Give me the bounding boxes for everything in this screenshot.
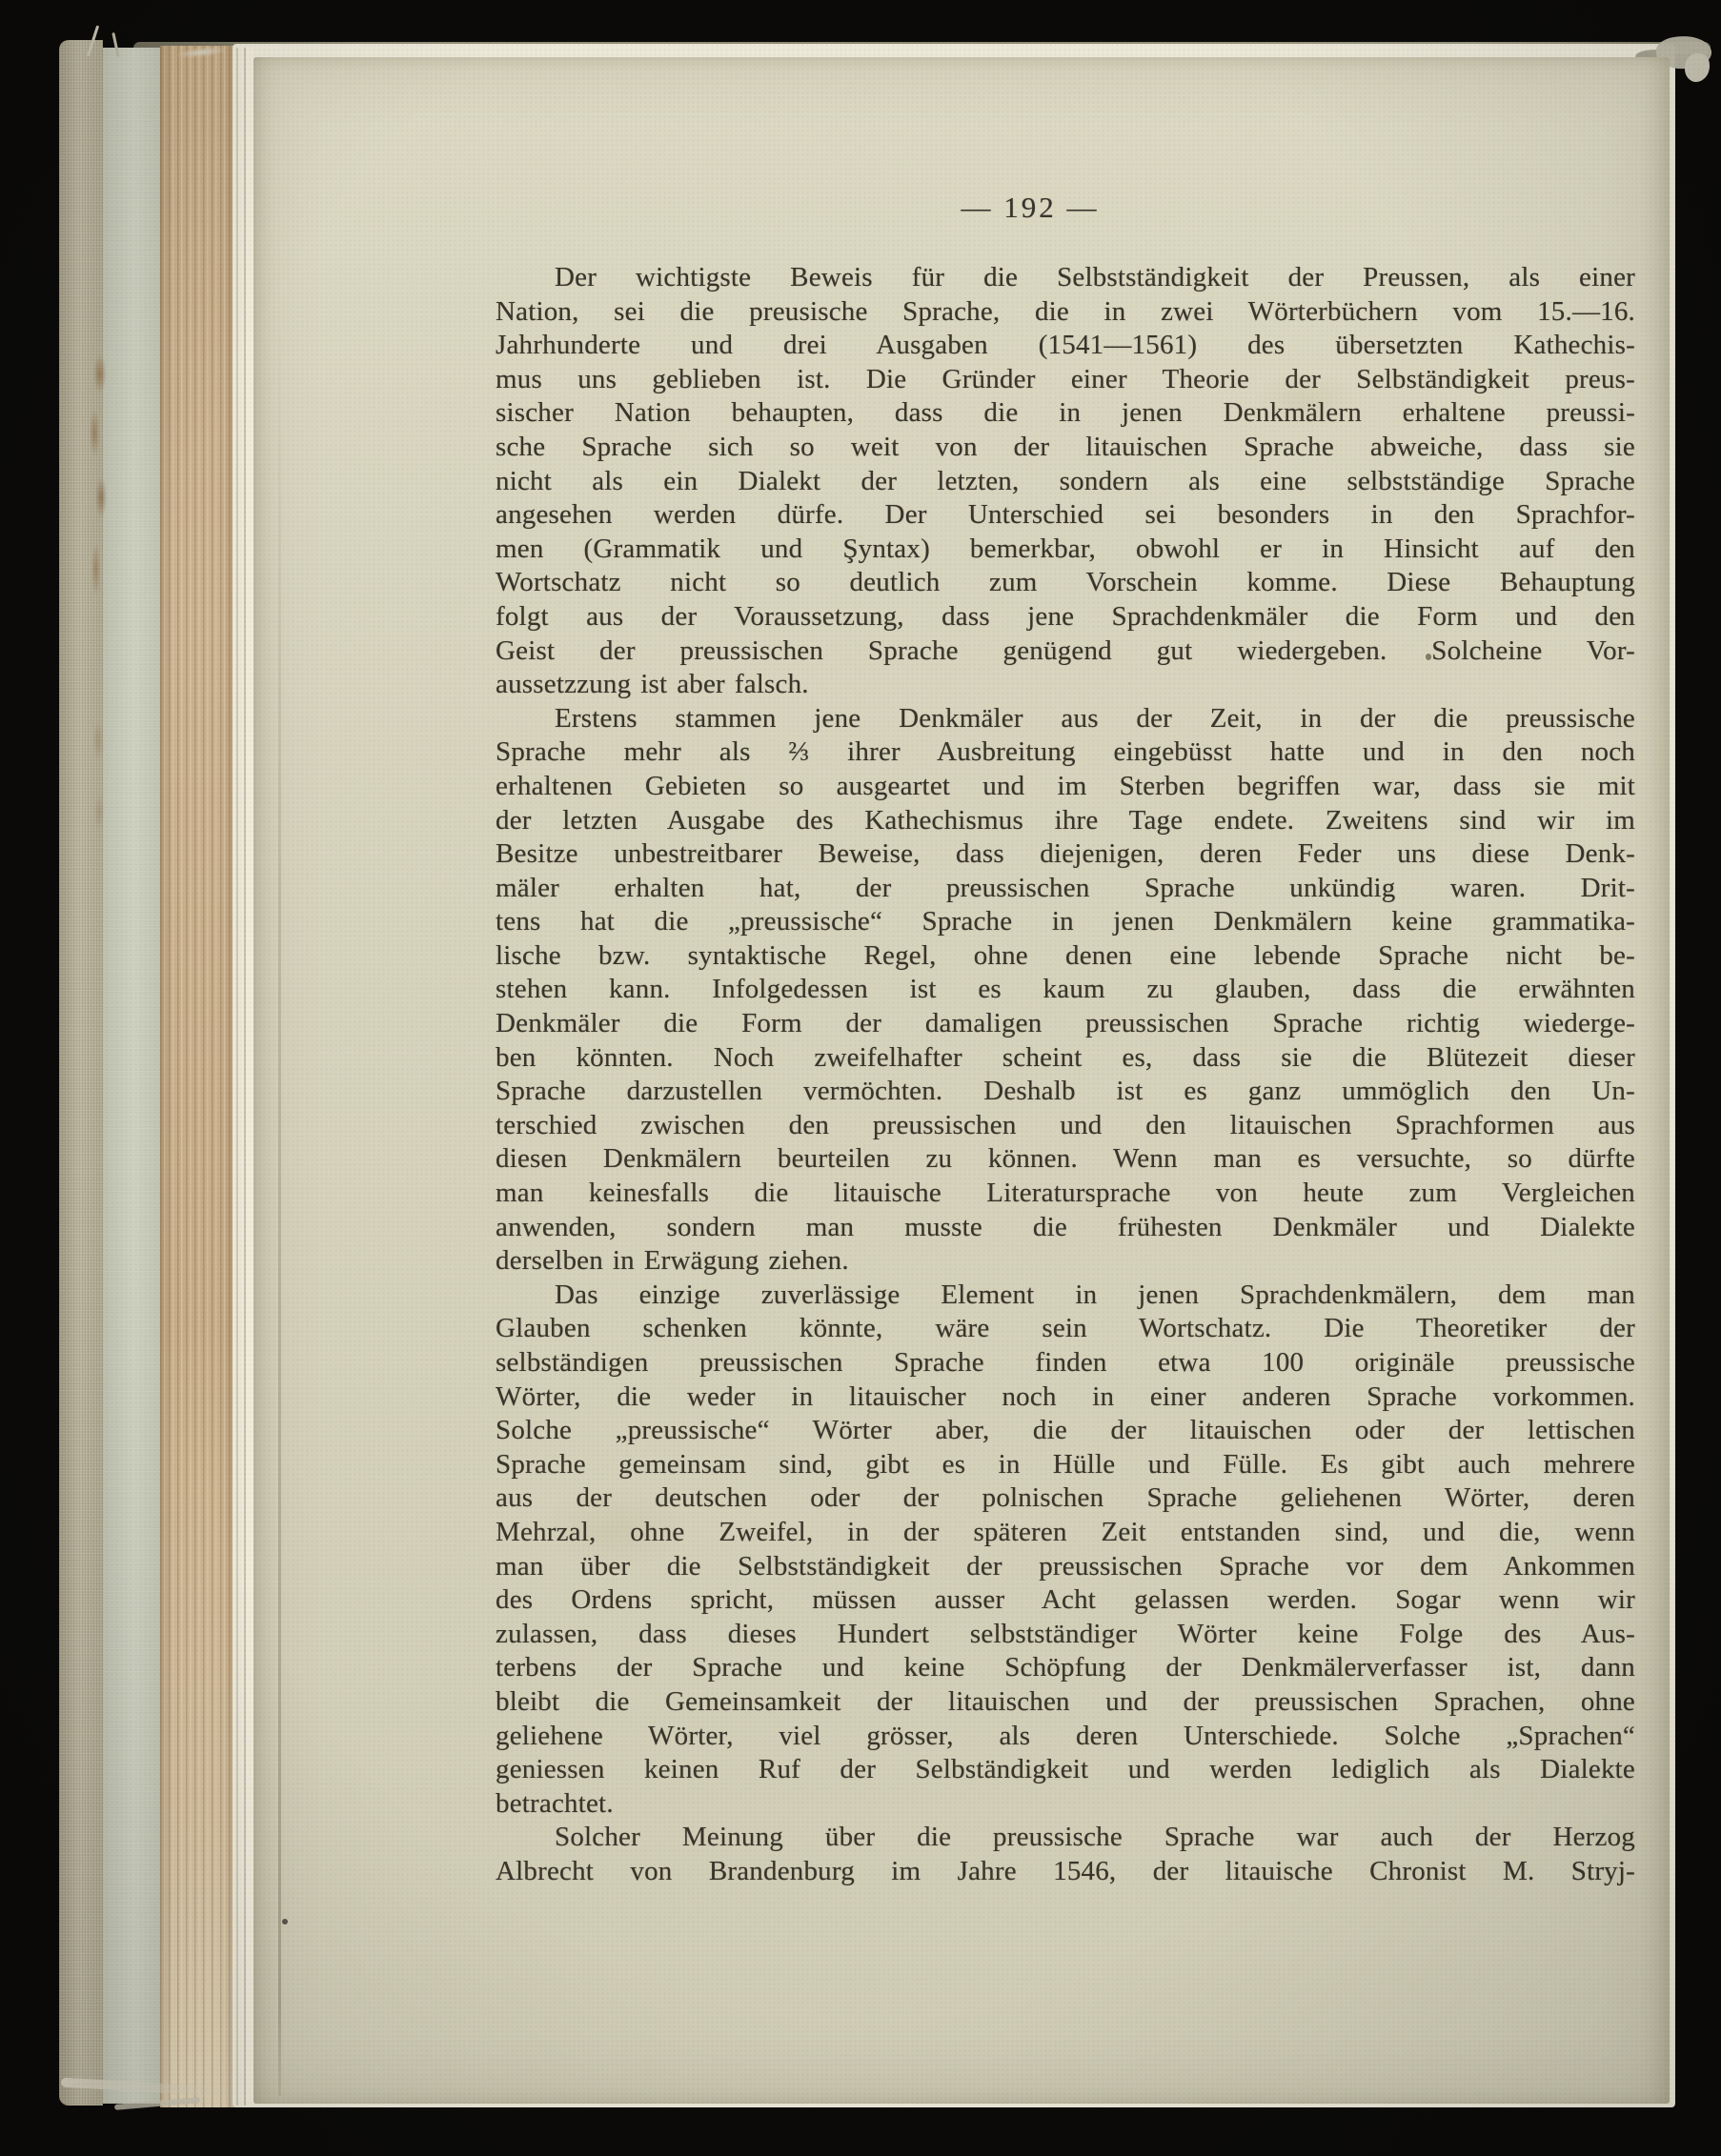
- text-line: Das einzige zuverlässige Element in jene…: [496, 1279, 1635, 1313]
- text-line: der letzten Ausgabe des Kathechismus ihr…: [496, 804, 1635, 838]
- text-line: zulassen, dass dieses Hundert selbststän…: [496, 1618, 1635, 1652]
- text-line: sischer Nation behaupten, dass die in je…: [496, 396, 1635, 431]
- inner-cover-pastedown: [103, 48, 160, 2104]
- text-line: Solche „preussische“ Wörter aber, die de…: [496, 1414, 1635, 1448]
- text-line: Geist der preussischen Sprache genügend …: [496, 635, 1635, 669]
- text-line: Sprache mehr als ⅔ ihrer Ausbreitung ein…: [496, 735, 1635, 770]
- text-line: angesehen werden dürfe. Der Unterschied …: [496, 498, 1635, 533]
- text-line: Wortschatz nicht so deutlich zum Vorsche…: [496, 566, 1635, 600]
- page-text: Der wichtigste Beweis für die Selbststän…: [496, 261, 1635, 1889]
- text-line: sche Sprache sich so weit von der litaui…: [496, 431, 1635, 465]
- scanned-book-photo: — 192 — Der wichtigste Beweis für die Se…: [0, 0, 1721, 2156]
- text-line: geliehene Wörter, viel grösser, als dere…: [496, 1720, 1635, 1754]
- text-line: stehen kann. Infolgedessen ist es kaum z…: [496, 973, 1635, 1007]
- text-line: bleibt die Gemeinsamkeit der litauischen…: [496, 1685, 1635, 1720]
- text-line: selbständigen preussischen Sprache finde…: [496, 1346, 1635, 1380]
- text-line: diesen Denkmälern beurteilen zu können. …: [496, 1142, 1635, 1177]
- leaf-edges: [236, 48, 253, 2106]
- text-line: folgt aus der Voraussetzung, dass jene S…: [496, 600, 1635, 635]
- text-line: Der wichtigste Beweis für die Selbststän…: [496, 261, 1635, 295]
- text-line: mus uns geblieben ist. Die Gründer einer…: [496, 363, 1635, 397]
- paper-speck: [282, 1919, 288, 1924]
- text-line: Denkmäler die Form der damaligen preussi…: [496, 1007, 1635, 1041]
- text-line: betrachtet.: [496, 1787, 1635, 1822]
- text-line: terbens der Sprache und keine Schöpfung …: [496, 1651, 1635, 1685]
- text-line: Jahrhunderte und drei Ausgaben (1541—156…: [496, 329, 1635, 363]
- text-line: Albrecht von Brandenburg im Jahre 1546, …: [496, 1855, 1635, 1889]
- text-line: des Ordens spricht, müssen ausser Acht g…: [496, 1583, 1635, 1618]
- book-page: — 192 — Der wichtigste Beweis für die Se…: [253, 57, 1670, 2104]
- text-line: mäler erhalten hat, der preussischen Spr…: [496, 872, 1635, 906]
- text-line: anwenden, sondern man musste die frühest…: [496, 1211, 1635, 1245]
- text-line: terschied zwischen den preussischen und …: [496, 1109, 1635, 1143]
- gutter-crease: [278, 305, 281, 2096]
- text-line: man keinesfalls die litauische Literatur…: [496, 1177, 1635, 1211]
- text-line: Mehrzal, ohne Zweifel, in der späteren Z…: [496, 1516, 1635, 1550]
- text-line: aus der deutschen oder der polnischen Sp…: [496, 1481, 1635, 1516]
- text-line: Solcher Meinung über die preussische Spr…: [496, 1821, 1635, 1855]
- text-line: derselben in Erwägung ziehen.: [496, 1244, 1635, 1279]
- cloth-corner-top-right-small: [1685, 53, 1710, 82]
- cover-stain: [84, 343, 111, 600]
- text-line: Wörter, die weder in litauischer noch in…: [496, 1380, 1635, 1415]
- text-line: Erstens stammen jene Denkmäler aus der Z…: [496, 702, 1635, 736]
- text-line: nicht als ein Dialekt der letzten, sonde…: [496, 465, 1635, 499]
- page-block-fore-edge: [160, 46, 236, 2107]
- text-line: geniessen keinen Ruf der Selbständigkeit…: [496, 1753, 1635, 1787]
- text-line: Nation, sei die preusische Sprache, die …: [496, 295, 1635, 330]
- text-line: aussetzzung ist aber falsch.: [496, 668, 1635, 702]
- text-line: Sprache gemeinsam sind, gibt es in Hülle…: [496, 1448, 1635, 1482]
- text-line: Sprache darzustellen vermöchten. Deshalb…: [496, 1075, 1635, 1109]
- text-line: lische bzw. syntaktische Regel, ohne den…: [496, 939, 1635, 974]
- text-line: ben könnten. Noch zweifelhafter scheint …: [496, 1041, 1635, 1076]
- text-line: men (Grammatik und Şyntax) bemerkbar, ob…: [496, 533, 1635, 567]
- text-line: Besitze unbestreitbarer Beweise, dass di…: [496, 837, 1635, 872]
- text-line: tens hat die „preussische“ Sprache in je…: [496, 905, 1635, 939]
- text-line: erhaltenen Gebieten so ausgeartet und im…: [496, 770, 1635, 804]
- text-line: Glauben schenken könnte, wäre sein Worts…: [496, 1312, 1635, 1346]
- cover-stain-small: [88, 705, 109, 848]
- page-number: — 192 —: [460, 191, 1600, 225]
- text-line: man über die Selbstständigkeit der preus…: [496, 1550, 1635, 1584]
